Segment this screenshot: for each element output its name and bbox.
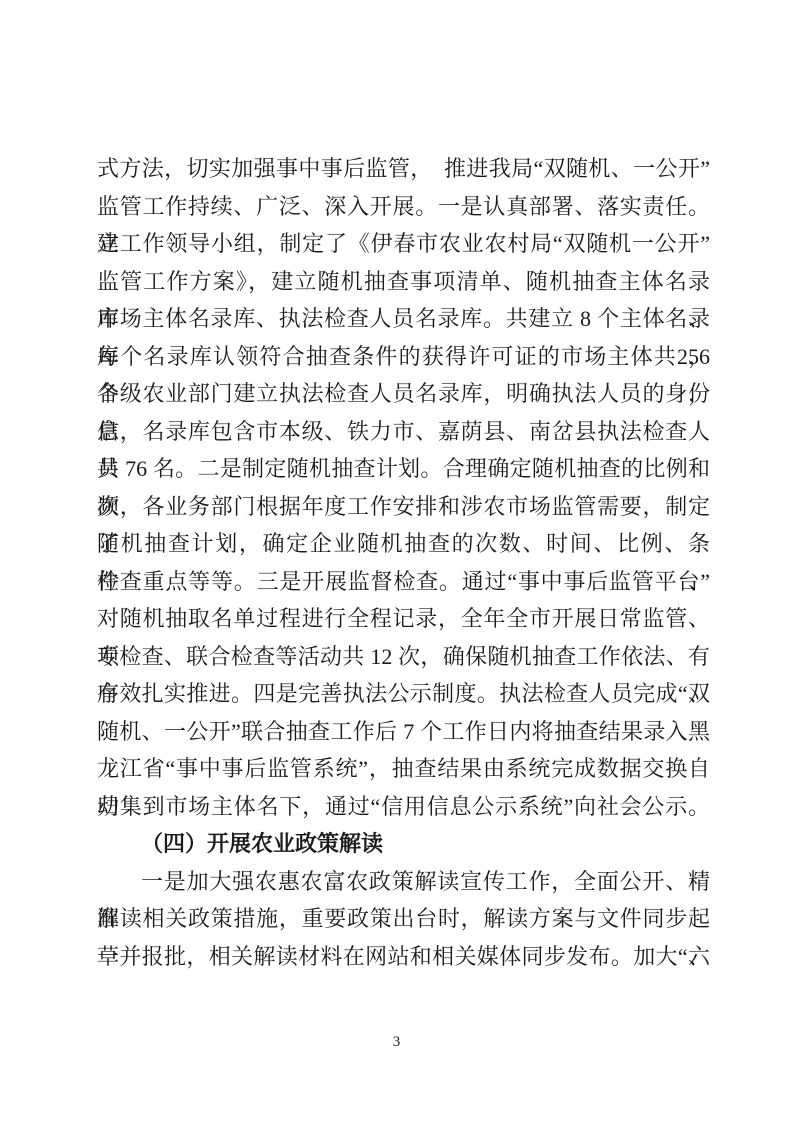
section-heading: （四）开展农业政策解读 [97,825,710,863]
text-line: 随机抽查计划，确定企业随机抽查的次数、时间、比例、条件、 [97,525,710,563]
text-line: 随机、一公开”联合抽查工作后 7 个工作日内将抽查结果录入黑 [97,713,710,751]
text-line: 一是加大强农惠农富农政策解读宣传工作，全面公开、精准 [97,863,710,901]
text-line: 监管工作持续、广泛、深入开展。一是认真部署、落实责任。建 [97,188,710,226]
text-line: 各级农业部门建立执法检查人员名录库，明确执法人员的身份信 [97,375,710,413]
document-page: 式方法，切实加强事中事后监管， 推进我局“双随机、一公开” 监管工作持续、广泛、… [0,0,793,1122]
text-line: 立工作领导小组，制定了《伊春市农业农村局“双随机一公开” [97,225,710,263]
text-line: 次，各业务部门根据年度工作安排和涉农市场监管需要，制定了 [97,488,710,526]
text-line: 归集到市场主体名下，通过“信用信息公示系统”向社会公示。 [97,788,710,826]
text-line: 一并报批，相关解读材料在网站和相关媒体同步发布。加大“六 [97,938,710,976]
text-line: 龙江省“事中事后监管系统”，抽查结果由系统完成数据交换自动 [97,750,710,788]
text-line: 监管工作方案》，建立随机抽查事项清单、随机抽查主体名录库、 [97,263,710,301]
text-line: 检查重点等等。三是开展监督检查。通过“事中事后监管平台” [97,563,710,601]
text-line: 共 76 名。二是制定随机抽查计划。合理确定随机抽查的比例和频 [97,450,710,488]
text-line: 每个名录库认领符合抽查条件的获得许可证的市场主体共256 个， [97,338,710,376]
text-line: 对随机抽取名单过程进行全程记录，全年全市开展日常监管、专 [97,600,710,638]
text-line: 解读相关政策措施，重要政策出台时，解读方案与文件同步起草、 [97,900,710,938]
text-line: 项检查、联合检查等活动共 12 次，确保随机抽查工作依法、有序、 [97,638,710,676]
text-line: 市场主体名录库、执法检查人员名录库。共建立 8 个主体名录库， [97,300,710,338]
text-line: 有效扎实推进。四是完善执法公示制度。执法检查人员完成“双 [97,675,710,713]
document-content: 式方法，切实加强事中事后监管， 推进我局“双随机、一公开” 监管工作持续、广泛、… [97,150,710,975]
page-number: 3 [0,1032,793,1052]
text-line: 息，名录库包含市本级、铁力市、嘉荫县、南岔县执法检查人员 [97,413,710,451]
text-line: 式方法，切实加强事中事后监管， 推进我局“双随机、一公开” [97,150,710,188]
